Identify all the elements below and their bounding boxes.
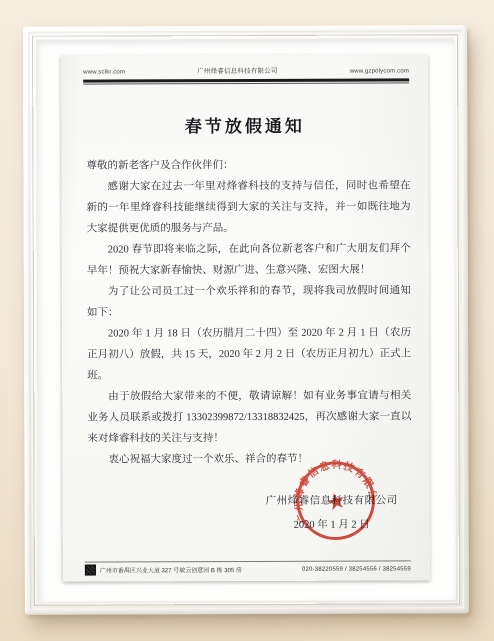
salutation: 尊敬的新老客户及合作伙伴们： bbox=[86, 154, 410, 176]
paragraph: 由于放假给大家带来的不便，敬请谅解！如有业务事宜请与相关业务人员联系或拨打 13… bbox=[87, 385, 411, 449]
paragraph: 2020 年 1 月 18 日（农历腊月二十四）至 2020 年 2 月 1 日… bbox=[87, 322, 411, 386]
letterhead-company: 广州烽睿信息科技有限公司 bbox=[197, 66, 277, 75]
letterhead-right-url: www.gzpolycom.com bbox=[350, 68, 409, 74]
letterhead-rule bbox=[83, 78, 409, 84]
paragraph: 为了让公司员工过一个欢乐祥和的春节，现将我司放假时间通知如下： bbox=[87, 280, 411, 323]
signature-block: 广州烽睿信息科技有限公司 2020 年 1 月 2 日 bbox=[266, 492, 412, 533]
paragraph: 衷心祝福大家度过一个欢乐、祥合的春节！ bbox=[87, 448, 411, 470]
notice-title: 春节放假通知 bbox=[61, 111, 428, 137]
photo-background: www.sclkr.com 广州烽睿信息科技有限公司 www.gzpolycom… bbox=[0, 0, 494, 641]
paragraph: 感谢大家在过去一年里对烽睿科技的支持与信任，同时也希望在新的一年里烽睿科技能继续… bbox=[86, 175, 410, 239]
picture-frame: www.sclkr.com 广州烽睿信息科技有限公司 www.gzpolycom… bbox=[23, 25, 469, 615]
document-paper: www.sclkr.com 广州烽睿信息科技有限公司 www.gzpolycom… bbox=[61, 54, 430, 581]
footer-phones: 020-38220559 / 38254556 / 38254559 bbox=[302, 566, 411, 572]
footer-address: 广州市番禺区兴业大道 327 号敏云创意园 B 栋 305 房 bbox=[100, 565, 242, 574]
paper-footer: 广州市番禺区兴业大道 327 号敏云创意园 B 栋 305 房 020-3822… bbox=[85, 562, 411, 576]
signature-date: 2020 年 1 月 2 日 bbox=[266, 516, 398, 531]
notice-body: 尊敬的新老客户及合作伙伴们： 感谢大家在过去一年里对烽睿科技的支持与信任，同时也… bbox=[86, 154, 411, 470]
signature-company: 广州烽睿信息科技有限公司 bbox=[266, 492, 398, 507]
letterhead: www.sclkr.com 广州烽睿信息科技有限公司 www.gzpolycom… bbox=[83, 65, 409, 75]
qr-code-icon bbox=[85, 565, 96, 576]
paragraph: 2020 春节即将来临之际，在此向各位新老客户和广大朋友们拜个早年！预祝大家新春… bbox=[87, 238, 411, 281]
letterhead-left-url: www.sclkr.com bbox=[83, 69, 125, 75]
